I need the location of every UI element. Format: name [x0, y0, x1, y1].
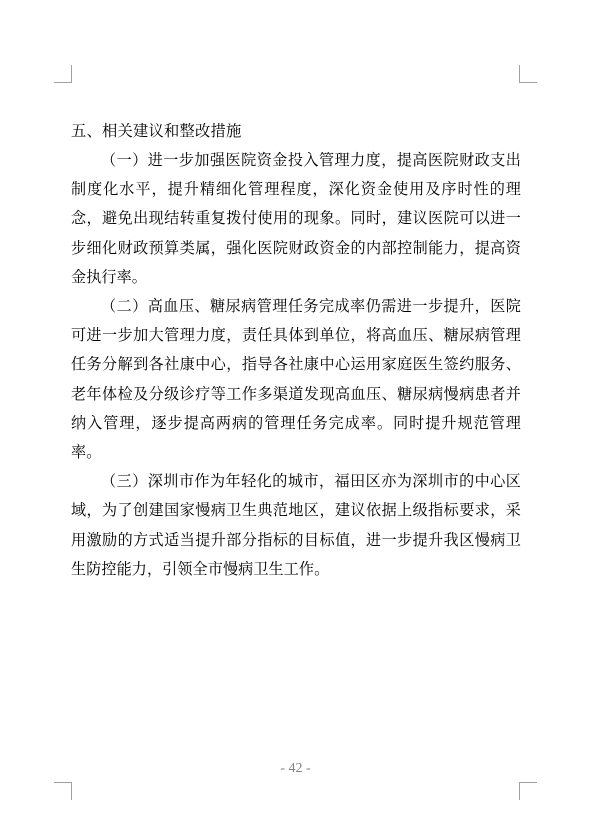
crop-mark-bottom-left [54, 782, 72, 800]
crop-mark-top-left [54, 65, 72, 83]
paragraph-1: （一）进一步加强医院资金投入管理力度，提高医院财政支出制度化水平，提升精细化管理… [71, 146, 521, 292]
document-body: 五、相关建议和整改措施 （一）进一步加强医院资金投入管理力度，提高医院财政支出制… [71, 117, 521, 584]
crop-mark-top-right [519, 65, 537, 83]
page-number: - 42 - [0, 761, 591, 777]
paragraph-3: （三）深圳市作为年轻化的城市，福田区亦为深圳市的中心区域，为了创建国家慢病卫生典… [71, 467, 521, 584]
paragraph-2: （二）高血压、糖尿病管理任务完成率仍需进一步提升，医院可进一步加大管理力度，责任… [71, 292, 521, 467]
crop-mark-bottom-right [519, 782, 537, 800]
section-heading: 五、相关建议和整改措施 [71, 117, 521, 146]
